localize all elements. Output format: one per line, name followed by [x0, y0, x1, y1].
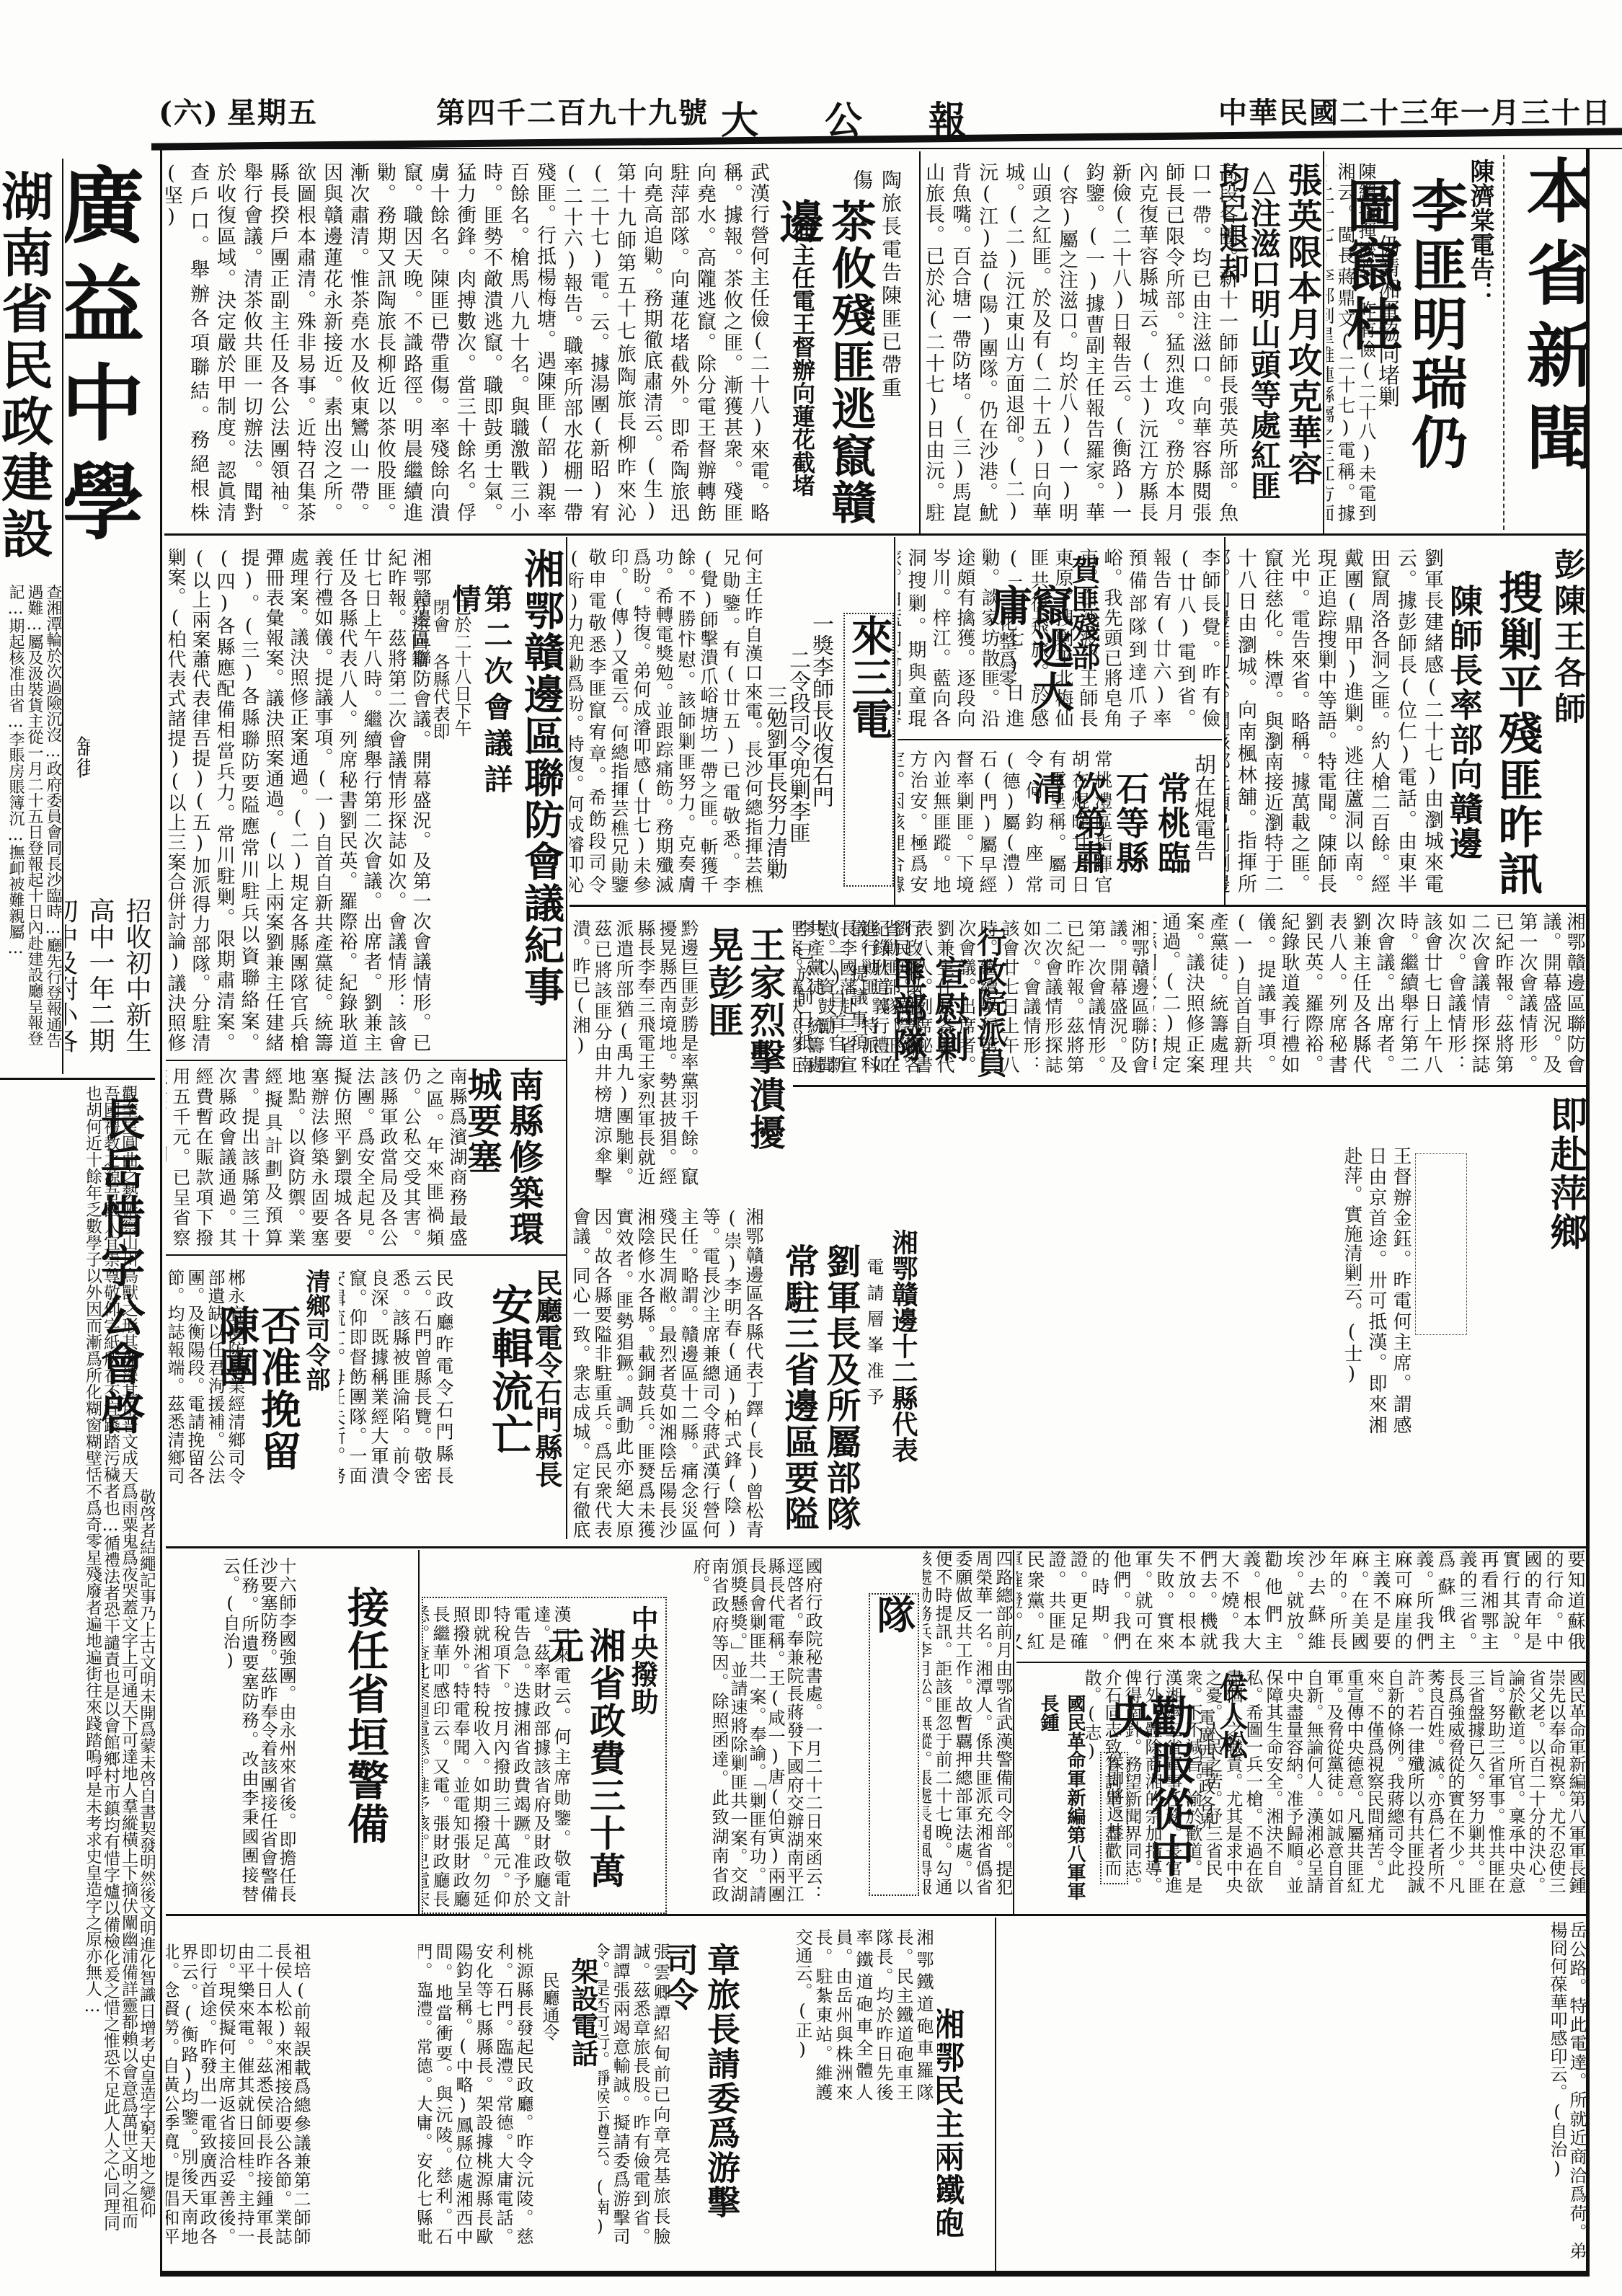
- article-note: 已於二十八日下午閉會 各縣代表即分途回籍: [429, 598, 472, 743]
- article-headline: 加獎平江剿匪部隊: [870, 1595, 919, 1894]
- row-divider-5: [166, 1914, 1586, 1916]
- col-divider: [418, 1550, 420, 1914]
- article-body: 岳公路。特此電達。所就近商洽爲荷。弟楊冏何葆華叩感印云。(自治): [998, 1921, 1586, 2260]
- article-body: 湘鄂贛邊區聯防會議。開幕盛況。及第一次會議情形。已紀昨報。茲將第二次會議情形探誌…: [1153, 912, 1586, 1074]
- article-tao-brigade: 陶旅長電告陳匪已帶重傷 茶攸殘匪逃竄贛邊 何主任電王督辦向蓮花截堵 武漢行營何主…: [166, 155, 919, 530]
- col-divider: [919, 151, 921, 533]
- article-hou-continued: 岳公路。特此電達。所就近商洽爲荷。弟楊冏何葆華叩感印云。(自治): [998, 1921, 1586, 2267]
- ad-guangyi: 廣益中學 招收初中新生高中一年二期初中及附小各級插班生報名即日起試期第一二次月二…: [65, 155, 155, 1078]
- col-divider: [1323, 151, 1324, 533]
- article-headline-a: 架設電話: [567, 1957, 598, 2173]
- row-divider-1: [164, 533, 1586, 536]
- article-wang-jialie: 王家烈擊潰擾晃彭匪 黔邊巨匪彭勝是率黨羽千餘。竄擾晃縣西南境地。勢甚披猖。經縣長…: [570, 912, 789, 1193]
- article-body: 漢口來電云。何主席勛鑒。敬電計達。茲率財政部據該省府及財政廳文電告急。迭據湘省政…: [427, 1605, 571, 1908]
- article-body: 李師長覺。昨有儉(廿八)電到省。報告宥(廿六)率預備部隊到達爪子峪。我先頭已將皂…: [898, 548, 1222, 728]
- article-wang-duban: 民廳電令石門縣長 安輯流亡 民政廳昨電令石門縣長云。石門曾縣長覽。敬密悉。該縣被…: [339, 1262, 566, 1492]
- article-headline: 章旅長請委爲游擊司令: [659, 1943, 743, 2246]
- article-zhang-ying: 張英限本月攻克華容 △注滋口明山頭等處紅匪均已退却 高段各團。新十一師師長張英所…: [923, 155, 1323, 530]
- article-note: [861, 2109, 934, 2260]
- article-kicker: 即赴萍鄉: [1544, 1096, 1586, 1283]
- inner-divider: [1016, 1662, 1586, 1663]
- article-body-lead: 國民革命軍新編第八軍軍長鍾崇先以奉命視察。尤不忍使三省父老。以百二十分的決心。論…: [1262, 1669, 1586, 1907]
- col-divider: [1224, 537, 1226, 905]
- article-kicker: 民廳通令: [537, 1972, 562, 2041]
- headline-box: 何主任日昨發來三電: [843, 613, 894, 887]
- article-body: 武漢行營何主任儉(二十八)來電。略稱。據報。茶攸之匪。漸獲甚衆。殘匪向堯水。高隴…: [166, 162, 771, 523]
- article-headline: 湘鄂贛邊區聯防會議紀事: [520, 548, 562, 1016]
- masthead: (六) 星期五 第四千二百九十九號 大 公 報 中華民國二十三年一月三十日: [159, 90, 1615, 133]
- article-headline: 王家烈擊潰擾晃彭匪: [702, 926, 786, 1179]
- article-dateline: 陳濟棠電告：: [1464, 159, 1496, 306]
- ad-cherish-characters: 長岳惜字公會啓 敬啓者結繩記事乃上古文明未開爲蒙未啓自書契發明然後文明進化智識日…: [0, 1085, 155, 2267]
- article-body: 張雲卿譚紹甸前已向章亮基旅長臉誠。茲悉章旅長股。昨有儉電到省。謂譚張兩竭意輸誠。…: [598, 1943, 670, 2246]
- article-hou-rensong: 國民革命軍新編第八軍軍長鍾崇先以奉命視察。尤不忍使三省父老。以百二十分的決心。論…: [1016, 1665, 1586, 1910]
- article-headline: 湘鄂民主兩鐵砲車: [937, 2008, 966, 2260]
- row-divider-4: [166, 1546, 1586, 1548]
- ad-hunan-notice: 湖南省民政建設廳佈告 查湘潭輪於次過險沉沒…政府委員會同長沙臨時…廳先行登報通告…: [0, 159, 63, 1074]
- article-headline: 劉軍長及所屬部隊常駐三省邊區要隘: [768, 1244, 861, 1532]
- masthead-rule-thin: [151, 148, 1622, 149]
- article-note: [1415, 1153, 1467, 1335]
- article-conference-continued: 湘鄂贛邊區聯防會議。開幕盛況。及第一次會議情形。已紀昨報。茲將第二次會議情形探誌…: [1153, 912, 1586, 1081]
- ad-body: 招收初中新生高中一年二期初中及附小各級插班生報名即日起試期第一二次月二十七日第二…: [65, 897, 155, 1078]
- article-body: 何主任昨自漢口來電。長沙何總指揮芸樵兄勛鑒。有(廿五)已電敬悉。李(覺)師擊潰爪…: [570, 548, 764, 894]
- article-body: 湘鄂贛邊區聯防會議。開幕盛況。及第一次會議情形。已紀昨報。茲將第二次會議情形探誌…: [166, 548, 433, 1052]
- col-divider: [566, 537, 567, 1539]
- article-signature: 國民革命軍新編第八軍軍長鍾: [1035, 1694, 1089, 1903]
- article-body: 四路總部前月由鄂省武漢警備司令部。提犯周榮華一名。湘潭人。係共匪派充湘省僞省委願…: [923, 1550, 1013, 1896]
- row-divider-2: [570, 905, 1586, 907]
- article-shimen: 清鄉司令部 否准挽留陳團 郴永宜團防區業經清鄉司令部遺缺以任君洵援補。公法團。及…: [166, 1262, 335, 1492]
- article-kicker: 湘鄂贛邊十二縣代表: [887, 1229, 919, 1532]
- article-zongbu: 加獎平江剿匪部隊 國府行政院秘書處。一月二十二日來函云：逕啓者。奉兼院長蔣發下國…: [670, 1550, 919, 1910]
- inner-divider: [166, 1060, 566, 1061]
- article-body: 民政廳昨電令石門縣長云。石門曾縣長覽。敬密悉。該縣被匪淪陷。前令良深。既據稱業經…: [339, 1269, 454, 1485]
- ad-title: 湖南省民政建設廳佈告: [0, 169, 61, 573]
- article-body: 湘鄂贛邊區各縣代表丁鐸(長)曾松青(崇)李明春(通)柏式鋒(陰)等。電長沙主席兼…: [570, 1207, 764, 1539]
- col-divider: [1013, 1550, 1014, 1914]
- article-body: 黔邊巨匪彭勝是率黨羽千餘。竄擾晃縣西南境地。勢甚披猖。經縣長李奉三飛電王家烈軍長…: [570, 919, 699, 1186]
- article-huang-hanxiang: 即赴萍鄉 王督辦金鈺。昨電何主席。謂感日由京首途。卅可抵漢。即來湘赴萍。實施清剿…: [923, 1089, 1586, 1550]
- article-he-three-telegrams: 何主任日昨發來三電 一獎李師長收復石門 二令段司令兜剿李匪 三勉劉軍長努力清勦 …: [570, 541, 894, 901]
- article-body: 國府行政院秘書處。一月二十二日來函云：逕啓者。奉兼院長蔣發下國府交辦湖南平江縣長…: [670, 1557, 822, 1903]
- left-frame-rule: [160, 148, 162, 2274]
- article-headline: 南縣修築環城要塞: [461, 1067, 544, 1247]
- section-title: 本省新聞: [1507, 155, 1586, 530]
- bottom-frame-rule: [160, 2271, 1590, 2277]
- article-body: 十六師李國強團。由永州來省後。即擔任長沙要塞防務。茲昨奉令着該團接任省會警備任務…: [166, 1557, 296, 1903]
- article-headline: 搜剿平殘匪昨訊: [1491, 569, 1543, 901]
- article-body: 湘鄂鐵道砲車羅隊長。民主鐵道砲車王隊長。均於昨日先後率鐵道砲車全體人員。由岳州與…: [743, 1928, 934, 2101]
- ad-body: 查湘潭輪於次過險沉沒…政府委員會同長沙臨時…廳先行登報通告遇難…屬及汲裝貨主從一…: [1, 584, 62, 1060]
- article-xuanwei: 行政院派員 宣慰剿匪部隊 將由贛入湘 行政院以湘鄂贛各省勦匪部隊。正在進行勦匪。…: [793, 912, 1150, 1081]
- article-subhead: 電廣西軍政各界: [1193, 1708, 1218, 1830]
- article-body: 陳總指揮濟棠。昨有儉(二十八)未電到湘云。閩長蔣鼎文(二十七)電稱。據(二十七)…: [1326, 162, 1377, 523]
- article-kicker: 清鄉司令部: [300, 1269, 332, 1391]
- article-headline: 安輯流亡: [488, 1283, 530, 1485]
- col-divider: [995, 1918, 996, 2271]
- article-headline: 接任省垣警備: [344, 1586, 386, 1903]
- article-li-guoqiang-body: 湘鄂鐵道砲車羅隊長。民主鐵道砲車王隊長。均於昨日先後率鐵道砲車全體人員。由岳州與…: [743, 1921, 934, 2267]
- article-subhead: 何主任電王督辦向蓮花截堵: [786, 220, 818, 523]
- weekday: 星期五: [227, 90, 318, 131]
- article-zhang-yunqing: 架設電話 民廳通令 桃源縣長發起民政廳。昨令沅陵。慈利。石門。臨澧。常德。大庸電…: [418, 1921, 598, 2267]
- section-divider: [1503, 155, 1505, 530]
- inner-divider: [898, 739, 1222, 740]
- article-he-lu: 賀匪殘部 竄逃大庸 化整爲零 李師長覺。昨有儉(廿八)電到省。報告宥(廿六)率預…: [898, 541, 1222, 735]
- article-kicker: 中央撥助: [626, 1605, 658, 1715]
- article-kicker: 民廳電令石門縣長: [531, 1269, 562, 1488]
- article-qingxiang: 四路總部前月由鄂省武漢警備司令部。提犯周榮華一名。湘潭人。係共匪派充湘省僞省委願…: [923, 1550, 1013, 1910]
- newspaper-page: (六) 星期五 第四千二百九十九號 大 公 報 中華民國二十三年一月三十日 廣益…: [0, 0, 1622, 2296]
- article-body: 要知道蘇俄的行命。中國的青年是實行其說。再看湘鄂主義的三省。爲蘇俄主義。所我們麻…: [1016, 1550, 1586, 1651]
- article-railway-guns: 章旅長請委爲游擊司令 張雲卿譚紹甸前已向章亮基旅長臉誠。茲悉章旅長股。昨有儉電到…: [598, 1921, 743, 2267]
- article-headline: 何主任日昨發來三電: [845, 614, 894, 885]
- article-body: 祖培(前報誤載爲總參議兼第二師師長侯人松)來湘接洽要公各節。業誌二十日本報。茲悉…: [166, 1943, 310, 2246]
- row-divider-3: [793, 1085, 1586, 1087]
- issue-date: 中華民國二十三年一月三十日: [1218, 90, 1612, 131]
- article-body: 郴永宜團防區業經清鄉司令部遺缺以任君洵援補。公法團。及衡陽段。電請挽留各節。均誌…: [166, 1269, 245, 1485]
- article-subhead: 陳師長率部向贛邊: [1443, 584, 1485, 894]
- article-telephone: 祖培(前報誤載爲總參議兼第二師師長侯人松)來湘接洽要公各節。業誌二十日本報。茲悉…: [166, 1921, 418, 2267]
- article-body-lead: 湘鄂贛邊區聯防會議。開幕盛況。及第一次會議情形。已紀昨報。茲將第二次會議情形探誌…: [1013, 919, 1150, 1074]
- article-nanxian: 南縣修築環城要塞 南縣爲濱湖商務最盛之區。年來匪禍頻仍。公私交受其害。該縣軍政當…: [166, 1063, 566, 1251]
- article-body: 桃源縣長發起民政廳。昨令沅陵。慈利。石門。臨澧。常德。大庸電話。安化等七縣縣長。…: [418, 1943, 533, 2246]
- article-hu-zaikun: 胡在焜電告 常桃臨石等縣次第肅清 常桃澧區指揮官胡在焜昨廿七日有電呈稱。屬司令何…: [898, 743, 1222, 901]
- article-body: 常桃澧區指揮官胡在焜昨廿七日有電呈稱。屬司令何鈞座常(德)屬(澧)石(門)屬早經…: [898, 750, 1114, 894]
- article-border-conference: 湘鄂贛邊區聯防會議紀事 第二次會議詳情 已於二十八日下午閉會 各縣代表即分途回籍…: [166, 541, 566, 1060]
- inner-divider: [166, 1254, 566, 1256]
- headline-box: 加獎平江剿匪部隊: [869, 1593, 919, 1896]
- article-subhead: 電請層峯准予: [861, 1258, 887, 1414]
- article-peng-chen: 彭陳王各師 搜剿平殘匪昨訊 陳師長率部向贛邊 劉軍長建緒感(二十七)由瀏城來電云…: [1226, 541, 1586, 901]
- article-anti-communist: 要知道蘇俄的行命。中國的青年是實行其說。再看湘鄂主義的三省。爲蘇俄主義。所我們麻…: [1016, 1550, 1586, 1658]
- article-jiang-award: 中央撥助 湘省政費三十萬元 漢口來電云。何主席勛鑒。敬電計達。茲率財政部據該省府…: [422, 1597, 667, 1914]
- ad-body: 敬啓者結繩記事乃上古文明未開爲蒙未啓自書契發明然後文明進化智識日增考史皇造字窮天…: [4, 1085, 155, 2231]
- article-li-guoqiang: 李國強團 湘鄂民主兩鐵砲車: [937, 1921, 995, 2267]
- article-body: 南縣爲濱湖商務最盛之區。年來匪禍頻仍。公私交受其害。該縣軍政當局及各公法團。爲安…: [166, 1067, 469, 1247]
- issue-number: 第四千二百九十九號: [436, 90, 709, 131]
- page-number: (六): [159, 90, 219, 131]
- article-xiang-e-gan-reps: 湘鄂贛邊十二縣代表 電請層峯准予 劉軍長及所屬部隊常駐三省邊區要隘 湘鄂贛邊區各…: [570, 1200, 919, 1546]
- ad-location: 舖街: [68, 735, 90, 793]
- article-body: 高段各團。新十一師師長張英所部。魚口一帶。均已由注滋口。向華容縣閱張師長已限令所…: [923, 162, 1240, 523]
- article-kicker: 彭陳王各師: [1551, 548, 1582, 728]
- article-body: 劉軍長建緒感(二十七)由瀏城來電云。據彭師長(位仁)電話。由東半田竄周洛各洞之匪…: [1226, 548, 1445, 894]
- article-headline: 張英限本月攻克華容: [1281, 162, 1323, 523]
- article-note: 侯即將返桂: [1100, 1752, 1128, 1884]
- article-body: 王督辦金鈺。昨電何主席。謂感日由京首途。卅可抵漢。即來湘赴萍。實施清剿云。(士): [923, 1146, 1413, 1435]
- article-provincial-funds: 中央撥助 接任省垣警備 十六師李國強團。由永州來省後。即擔任長沙要塞防務。茲昨奉…: [166, 1550, 418, 1910]
- right-frame-rule: [1586, 148, 1590, 2274]
- article-li-mingrui: 陳濟棠電告： 李匪明瑞仍圖竄桂 —仍請湘軍協同堵剿 陳總指揮濟棠。昨有儉(二十八…: [1326, 155, 1499, 530]
- ad-divider: [0, 1078, 155, 1080]
- col-divider: [894, 537, 895, 905]
- article-kicker: 侯人松: [1215, 1672, 1247, 1759]
